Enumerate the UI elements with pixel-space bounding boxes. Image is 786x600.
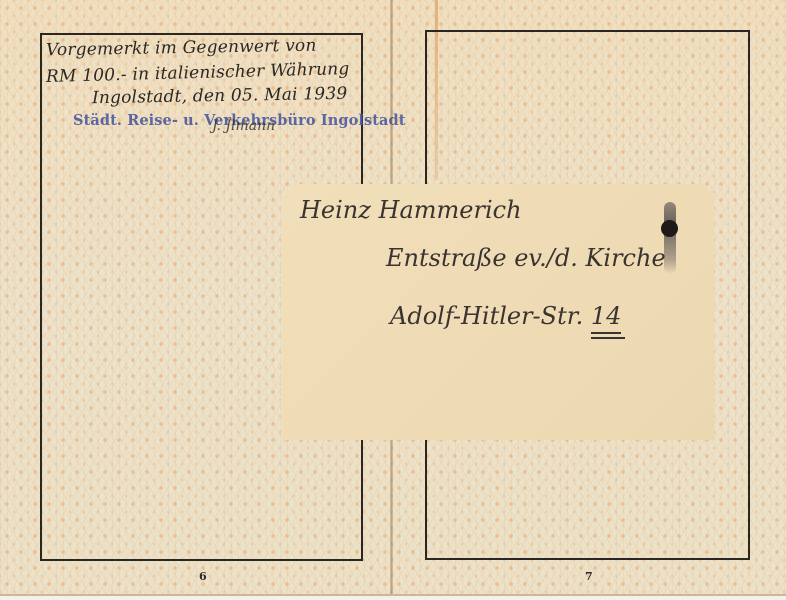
ink-blot-icon <box>661 220 678 237</box>
ink-smear-icon <box>664 202 676 274</box>
attached-paper-note: Heinz Hammerich Entstraße ev./d. Kirche … <box>282 184 714 440</box>
passport-page-spread: Vorgemerkt im Gegenwert von RM 100.- in … <box>0 0 786 596</box>
note-street-line: Entstraße ev./d. Kirche <box>386 244 666 272</box>
signature: J. Jlmann <box>212 118 275 134</box>
note-address-street: Adolf-Hitler-Str. <box>390 302 583 330</box>
page-number-left: 6 <box>199 570 207 583</box>
note-house-number: 14 <box>591 302 622 334</box>
note-name-line: Heinz Hammerich <box>300 196 522 224</box>
page-number-right: 7 <box>585 570 593 583</box>
note-address-line: Adolf-Hitler-Str. 14 <box>390 302 621 334</box>
